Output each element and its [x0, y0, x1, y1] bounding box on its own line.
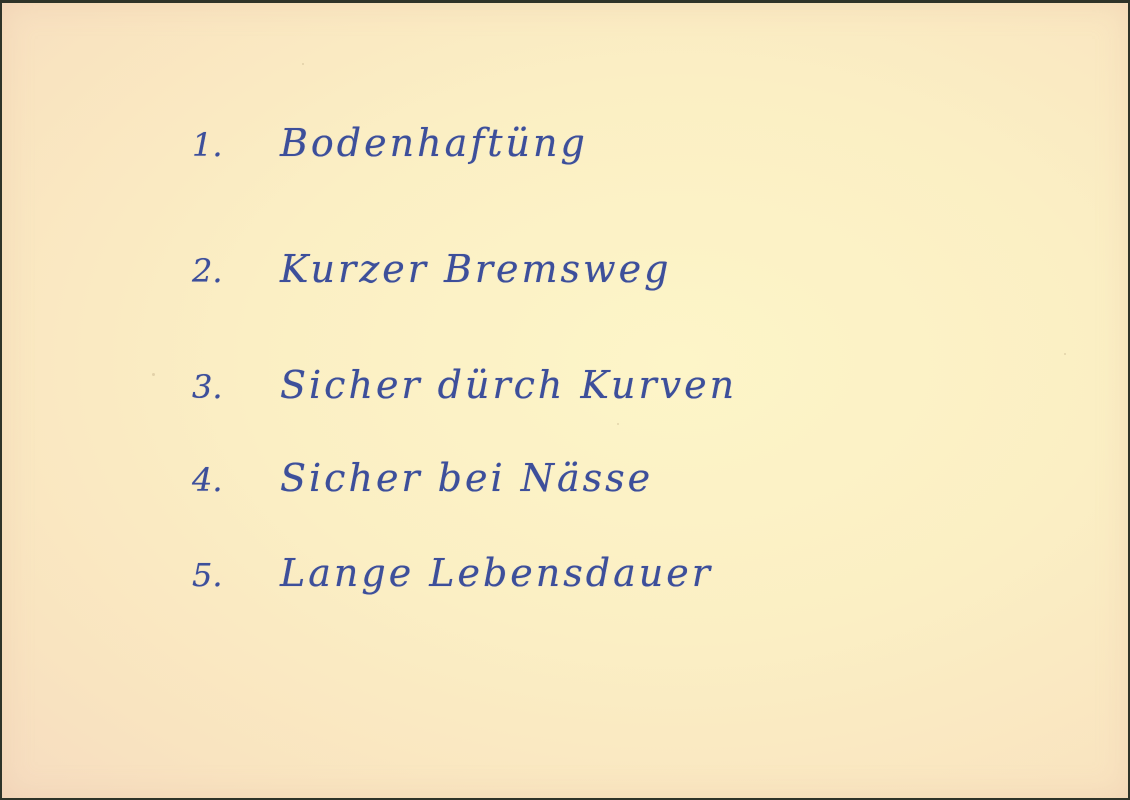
item-text: Lange Lebensdauer: [280, 551, 713, 595]
item-number: 1.: [192, 126, 280, 164]
paper-speck: [302, 63, 304, 65]
list-item: 5.Lange Lebensdauer: [192, 551, 713, 595]
paper-speck: [152, 373, 155, 376]
item-text: Sicher bei Nässe: [280, 456, 653, 500]
item-text: Bodenhaftüng: [280, 121, 588, 165]
list-item: 1.Bodenhaftüng: [192, 121, 588, 165]
item-number: 5.: [192, 556, 280, 594]
paper-card: 1.Bodenhaftüng 2.Kurzer Bremsweg 3.Siche…: [2, 3, 1128, 798]
item-number: 2.: [192, 252, 280, 290]
paper-speck: [1064, 353, 1066, 355]
paper-speck: [617, 423, 619, 425]
item-text: Sicher dürch Kurven: [280, 363, 737, 407]
item-text: Kurzer Bremsweg: [280, 247, 671, 291]
list-item: 4.Sicher bei Nässe: [192, 456, 653, 500]
item-number: 3.: [192, 368, 280, 406]
list-item: 3.Sicher dürch Kurven: [192, 363, 737, 407]
list-item: 2.Kurzer Bremsweg: [192, 247, 671, 291]
item-number: 4.: [192, 461, 280, 499]
